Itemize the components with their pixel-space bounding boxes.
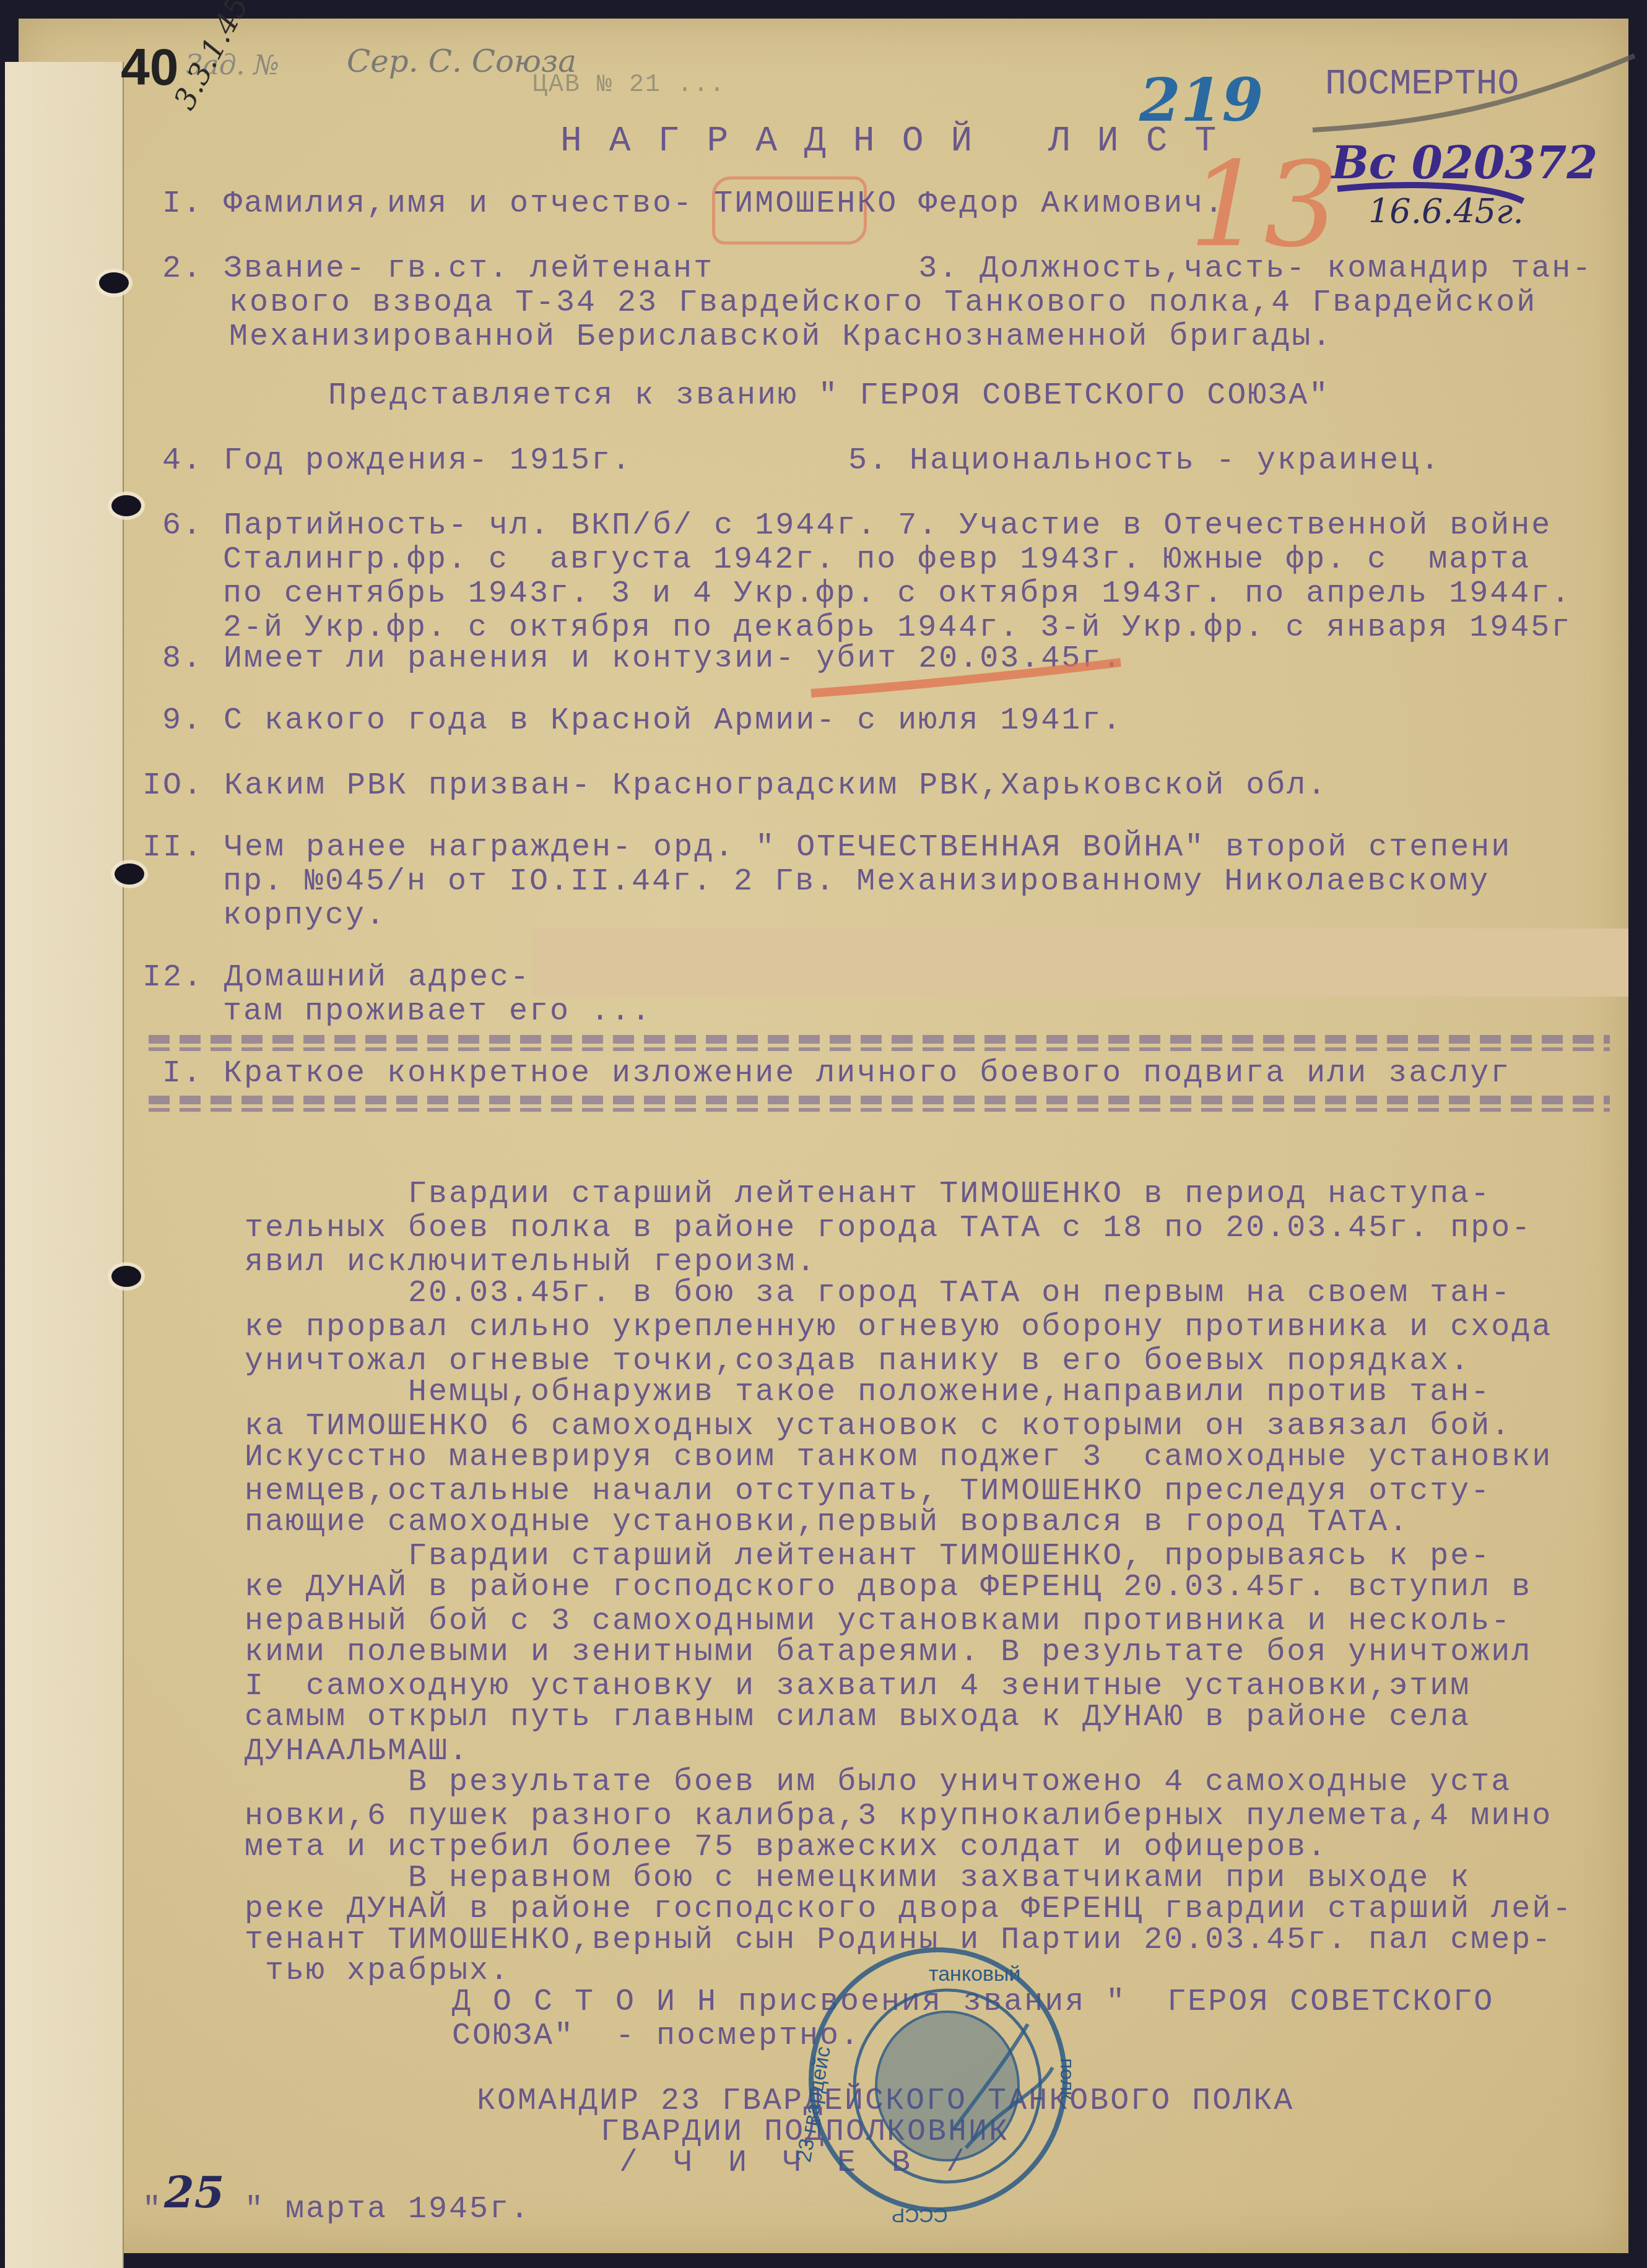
narrative-line: 20.03.45г. в бою за город ТАТА он первым… xyxy=(245,1278,1511,1309)
field-3-position-cont: кового взвода Т-34 23 Гвардейского Танко… xyxy=(229,288,1537,319)
narrative-line: самым открыл путь главным силам выхода к… xyxy=(245,1702,1471,1733)
narrative-line: новки,6 пушек разного калибра,3 крупнока… xyxy=(245,1801,1552,1832)
field-2-3-rank-position: 2. Звание- гв.ст. лейтенант 3. Должность… xyxy=(162,254,1593,285)
narrative-line: ка ТИМОШЕНКО 6 самоходных установок с ко… xyxy=(245,1411,1511,1442)
presented-for-title: Представляется к званию " ГЕРОЯ СОВЕТСКО… xyxy=(328,381,1329,412)
double-dash-separator xyxy=(149,1047,1610,1051)
double-dash-separator xyxy=(149,1035,1610,1044)
narrative-line: неравный бой с 3 самоходными установками… xyxy=(245,1606,1511,1637)
faint-header-stamp: ЦАВ № 21 ... xyxy=(532,73,726,98)
narrative-line: тью храбрых. xyxy=(245,1956,510,1987)
binding-margin-strip xyxy=(5,62,124,2268)
narrative-line: пающие самоходные установки,первый ворва… xyxy=(245,1507,1409,1538)
narrative-line: явил исключительный героизм. xyxy=(245,1247,817,1278)
field-5-nationality: 5. Национальность - украинец. xyxy=(848,446,1441,477)
narrative-line: ке ДУНАЙ в районе господского двора ФЕРЕ… xyxy=(245,1572,1532,1603)
punch-hole-icon xyxy=(111,1266,141,1287)
section-heading: I. Краткое конкретное изложение личного … xyxy=(162,1058,1511,1089)
date-day-handwritten: 25 xyxy=(164,2166,224,2218)
punch-hole-icon xyxy=(111,495,141,516)
narrative-line: мета и истребил более 75 вражеских солда… xyxy=(245,1832,1328,1863)
registration-date: 16.6.45г. xyxy=(1368,192,1524,231)
field-6-7-party-service: 6. Партийность- чл. ВКП/б/ с 1944г. 7. У… xyxy=(162,511,1552,542)
document-title: НАГРАДНОЙ ЛИСТ xyxy=(560,124,1243,160)
scanned-document: 40 Зад. № Сер. С. Союза 3.3.1.45 № 92 ЧН… xyxy=(0,0,1647,2268)
narrative-line: I самоходную установку и захватил 4 зени… xyxy=(245,1671,1471,1702)
field-12-home-address: I2. Домашний адрес- xyxy=(142,963,531,993)
field-3-position-cont: Механизированной Бериславской Краснознам… xyxy=(229,322,1332,353)
narrative-line: В результате боев им было уничтожено 4 с… xyxy=(245,1767,1511,1798)
narrative-line: кими полевыми и зенитными батареями. В р… xyxy=(245,1637,1532,1668)
double-dash-separator xyxy=(149,1108,1610,1112)
corner-number: 40 xyxy=(121,37,178,97)
redacted-address-block xyxy=(532,928,1628,997)
strike-line-icon xyxy=(1300,50,1647,142)
punch-hole-icon xyxy=(99,272,129,293)
field-12-address-cont: там проживает его ... xyxy=(223,997,652,1028)
red-underline-icon xyxy=(805,656,1127,706)
narrative-line: ДУНААЛЬМАШ. xyxy=(245,1736,469,1767)
narrative-line: реке ДУНАЙ в районе господского двора ФЕ… xyxy=(245,1894,1573,1925)
field-11-awards-cont: корпусу. xyxy=(223,901,386,932)
narrative-line: немцев,остальные начали отступать, ТИМОШ… xyxy=(245,1476,1491,1507)
double-dash-separator xyxy=(149,1096,1610,1104)
seal-text-bottom: СССР xyxy=(892,2204,948,2227)
field-10-draft-office: IO. Каким РВК призван- Красноградским РВ… xyxy=(142,771,1328,802)
seal-text-right: полк xyxy=(1056,2058,1079,2100)
narrative-line: тельных боев полка в районе города ТАТА … xyxy=(245,1213,1532,1244)
narrative-line: Искусстно маневрируя своим танком поджег… xyxy=(245,1442,1552,1473)
conclusion-line: СОЮЗА" - посмертно. xyxy=(452,2021,861,2052)
narrative-line: уничтожал огневые точки,создав панику в … xyxy=(245,1346,1471,1377)
narrative-line: В неравном бою с немецкими захватчиками … xyxy=(245,1863,1471,1894)
narrative-line: Гвардии старший лейтенант ТИМОШЕНКО, про… xyxy=(245,1541,1491,1572)
field-4-birth-year: 4. Год рождения- 1915г. xyxy=(162,446,632,477)
narrative-line: Гвардии старший лейтенант ТИМОШЕНКО в пе… xyxy=(245,1179,1491,1210)
field-7-service-cont: 2-й Укр.фр. с октября по декабрь 1944г. … xyxy=(223,613,1571,644)
field-11-awards-cont: пр. №045/н от IO.II.44г. 2 Гв. Механизир… xyxy=(223,867,1490,898)
field-11-previous-awards: II. Чем ранее награжден- орд. " ОТЕЧЕСТВ… xyxy=(142,833,1511,863)
narrative-line: ке прорвал сильно укрепленную огневую об… xyxy=(245,1312,1552,1343)
field-1-full-name: I. Фамилия,имя и отчество- ТИМОШЕНКО Фед… xyxy=(162,189,1225,220)
narrative-line: Немцы,обнаружив такое положение,направил… xyxy=(245,1377,1491,1408)
seal-text-top: танковый xyxy=(929,1962,1021,1986)
field-7-service-cont: Сталингр.фр. с августа 1942г. по февр 19… xyxy=(223,545,1531,576)
field-9-army-since: 9. С какого года в Красной Армии- с июля… xyxy=(162,706,1123,737)
field-7-service-cont: по сентябрь 1943г. 3 и 4 Укр.фр. с октяб… xyxy=(223,579,1571,610)
punch-hole-icon xyxy=(115,863,144,885)
